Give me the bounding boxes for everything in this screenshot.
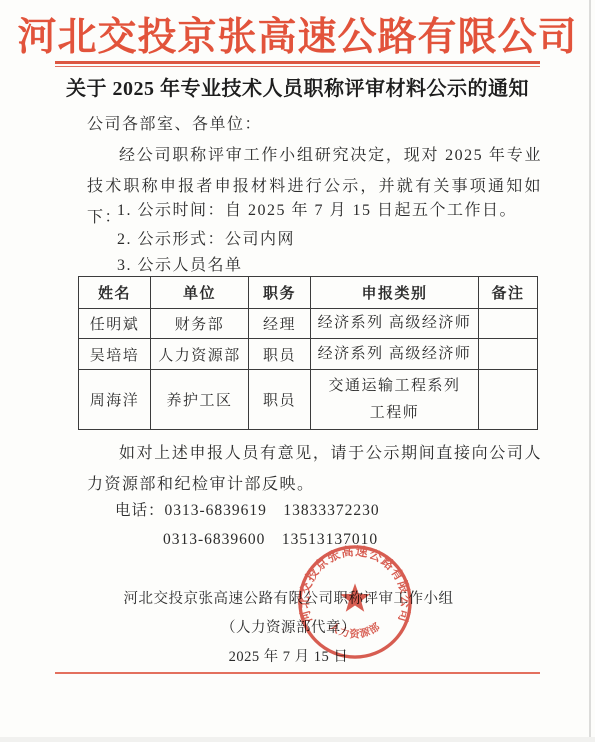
cell-unit: 养护工区 — [151, 370, 249, 430]
svg-text:河北交投京张高速公路有限公司: 河北交投京张高速公路有限公司 — [297, 543, 413, 625]
header-remark: 备注 — [479, 277, 538, 309]
cell-unit: 财务部 — [151, 309, 249, 339]
table-row: 周海洋 养护工区 职员 交通运输工程系列 工程师 — [79, 370, 538, 430]
letterhead-rule-thick — [55, 61, 540, 64]
document-page: 河北交投京张高速公路有限公司 关于 2025 年专业技术人员职称评审材料公示的通… — [0, 0, 595, 742]
scan-shade-artifact — [0, 737, 595, 742]
salutation: 公司各部室、各单位： — [87, 111, 262, 134]
table-row: 吴培培 人力资源部 职员 经济系列 高级经济师 — [79, 339, 538, 370]
table-row: 任明斌 财务部 经理 经济系列 高级经济师 — [79, 309, 538, 339]
letterhead-rule-thin — [55, 66, 540, 67]
cell-remark — [479, 370, 538, 430]
cell-position: 职员 — [249, 339, 311, 370]
list-item-personnel-list: 3. 公示人员名单 — [117, 252, 243, 275]
cell-remark — [479, 309, 538, 339]
cell-category: 经济系列 高级经济师 — [311, 309, 479, 339]
phone-line-2: 0313-6839600 13513137010 — [163, 527, 378, 549]
phone-line-1: 电话：0313-6839619 13833372230 — [115, 498, 380, 520]
list-item-publicity-time: 1. 公示时间：自 2025 年 7 月 15 日起五个工作日。 — [117, 197, 517, 220]
cell-name: 吴培培 — [79, 339, 151, 370]
personnel-table: 姓名 单位 职务 申报类别 备注 任明斌 财务部 经理 经济系列 高级经济师 吴… — [78, 276, 538, 430]
closing-paragraph: 如对上述申报人员有意见，请于公示期间直接向公司人力资源部和纪检审计部反映。 — [87, 438, 542, 500]
header-unit: 单位 — [151, 277, 249, 309]
cell-category: 经济系列 高级经济师 — [311, 339, 479, 370]
seal-ring-text: 河北交投京张高速公路有限公司 — [297, 543, 413, 625]
header-name: 姓名 — [79, 277, 151, 309]
cell-unit: 人力资源部 — [151, 339, 249, 370]
letterhead-company-name: 河北交投京张高速公路有限公司 — [0, 6, 595, 62]
footer-rule — [55, 672, 540, 674]
document-title: 关于 2025 年专业技术人员职称评审材料公示的通知 — [0, 72, 595, 101]
signature-date: 2025 年 7 月 15 日 — [0, 645, 577, 666]
header-position: 职务 — [249, 277, 311, 309]
cell-category: 交通运输工程系列 工程师 — [311, 370, 479, 430]
scan-edge-artifact — [589, 0, 591, 742]
table-header-row: 姓名 单位 职务 申报类别 备注 — [79, 277, 538, 309]
cell-name: 周海洋 — [79, 370, 151, 430]
cell-position: 职员 — [249, 370, 311, 430]
cell-remark — [479, 339, 538, 370]
signature-seal-note: （人力资源部代章） — [0, 616, 577, 637]
cell-name: 任明斌 — [79, 309, 151, 339]
header-category: 申报类别 — [311, 277, 479, 309]
list-item-publicity-form: 2. 公示形式：公司内网 — [117, 226, 295, 249]
cell-position: 经理 — [249, 309, 311, 339]
signature-organization: 河北交投京张高速公路有限公司职称评审工作小组 — [0, 587, 577, 608]
